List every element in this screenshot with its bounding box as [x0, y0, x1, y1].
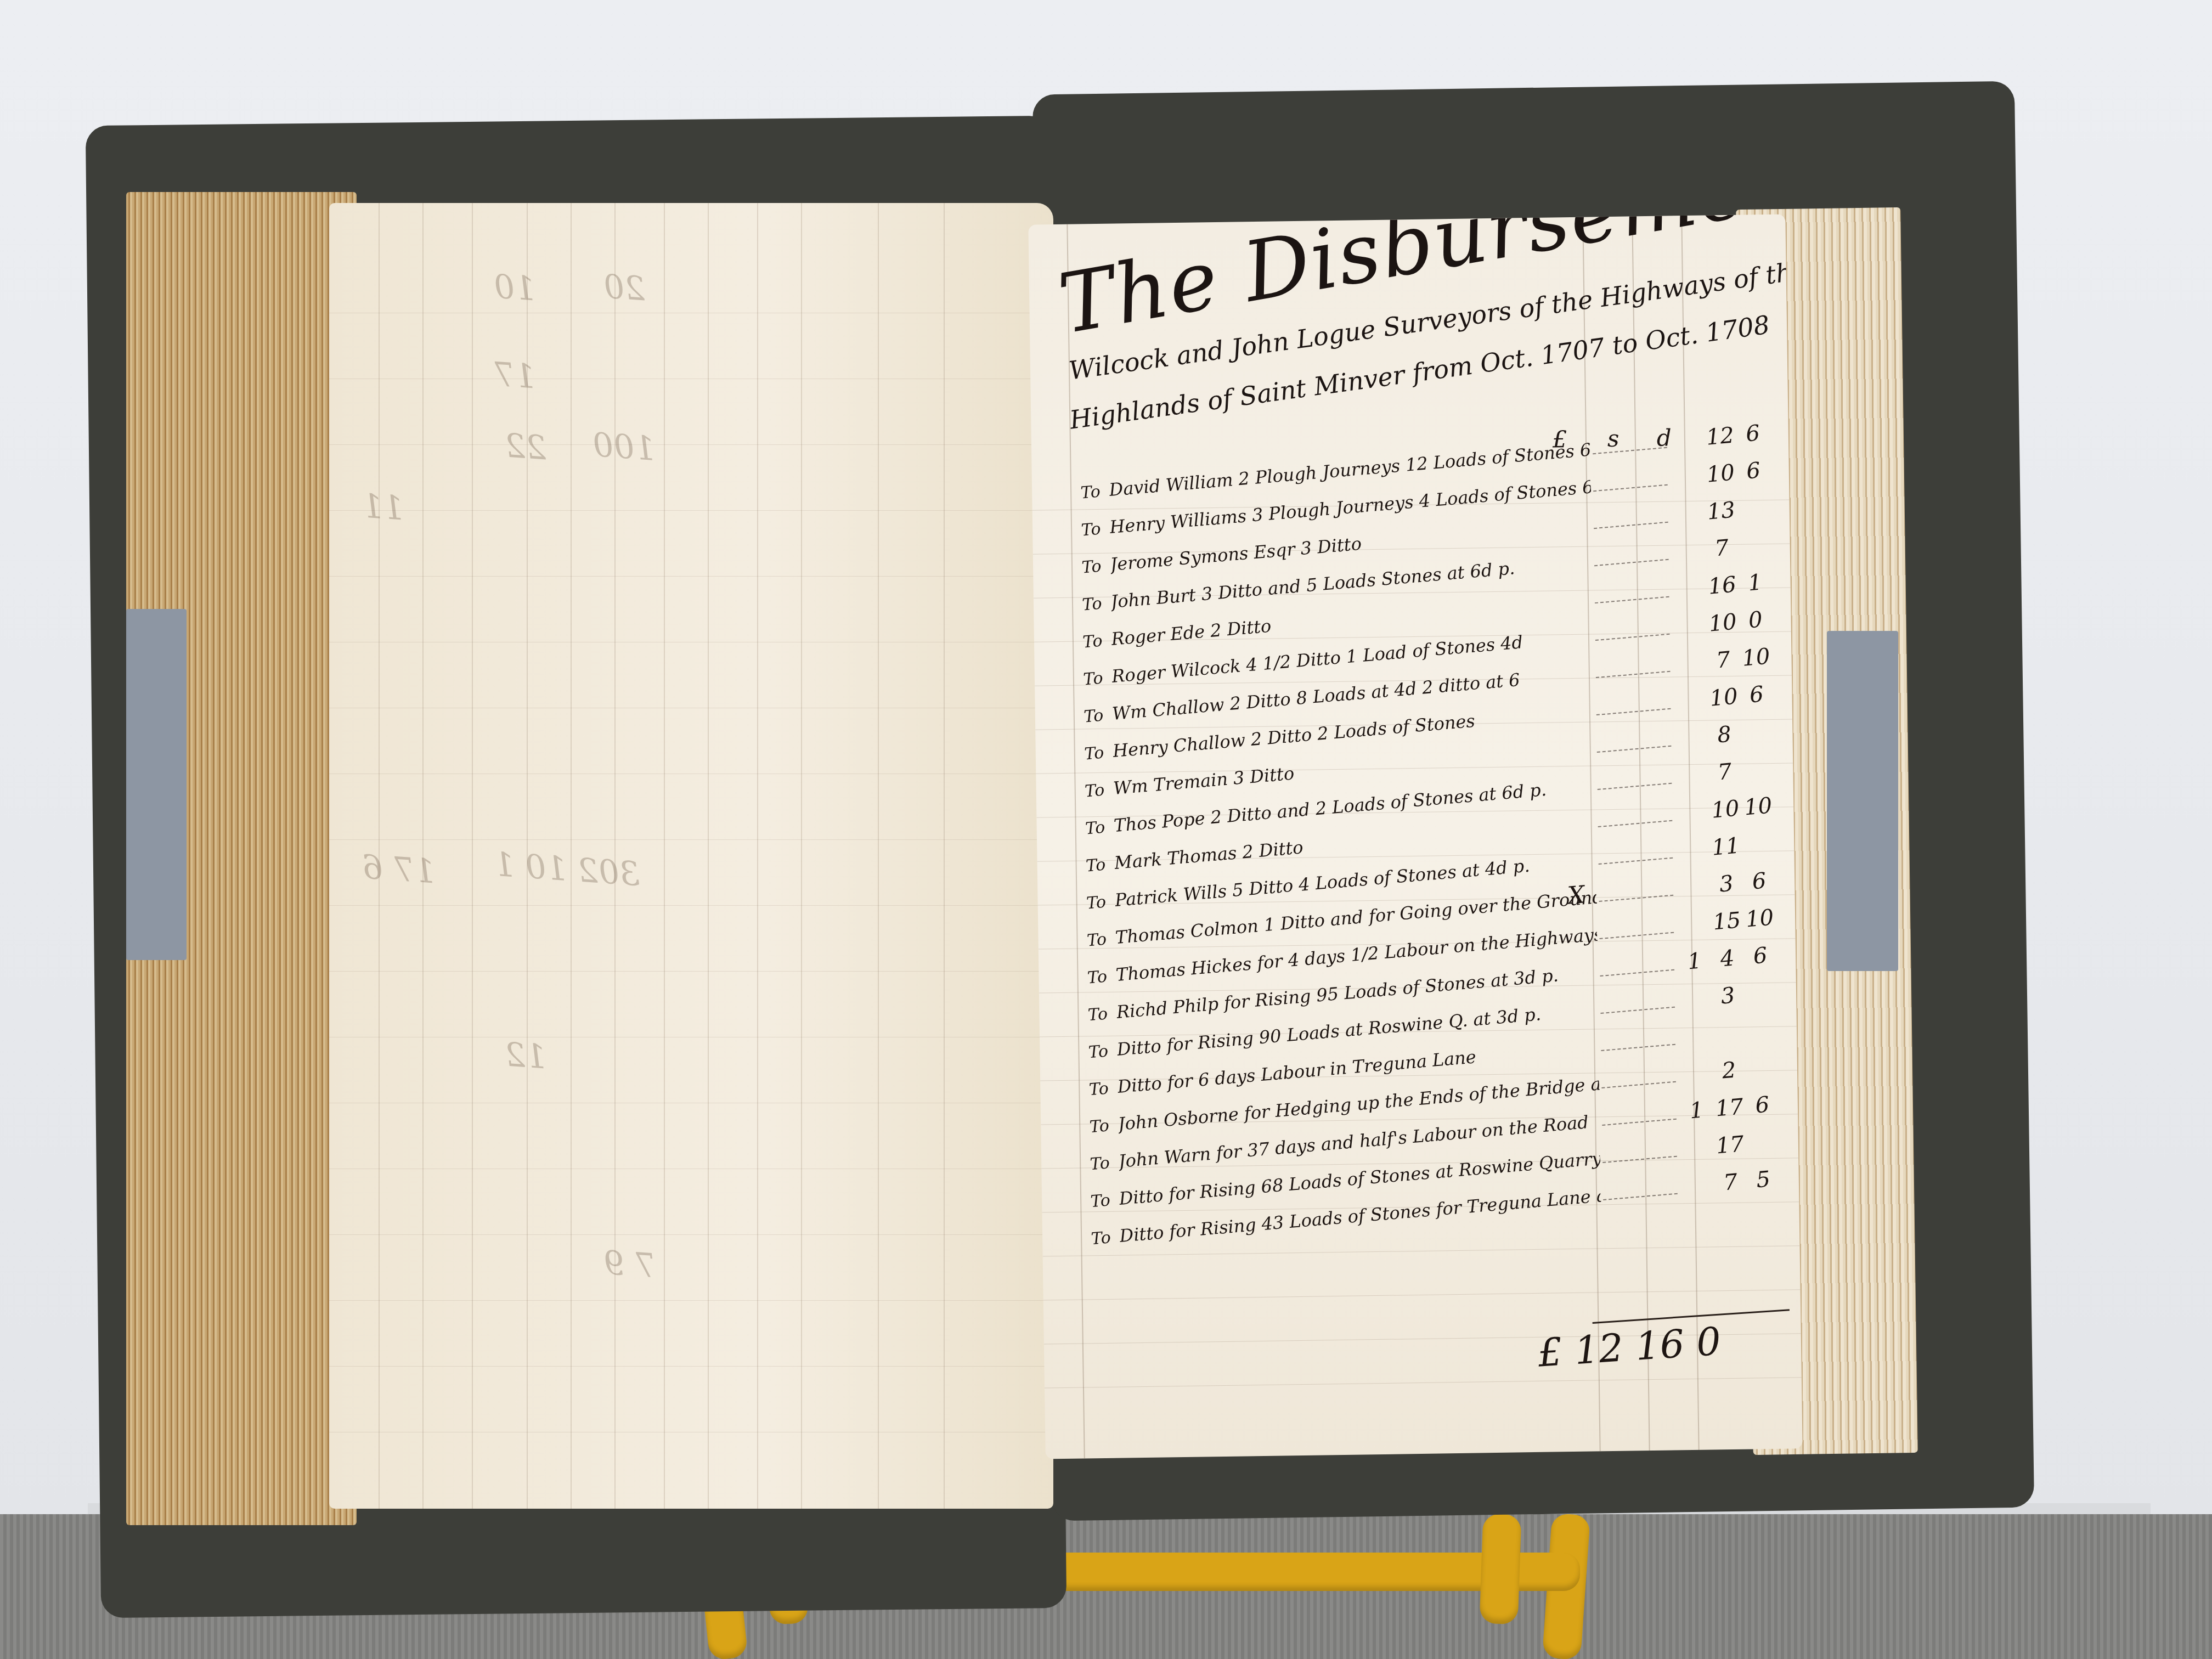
page-weight-strap-right [1827, 631, 1898, 971]
amount-pence: 6 [1735, 420, 1770, 448]
amount-pounds: 1 [1677, 947, 1712, 975]
amount-shillings: 10 [1708, 795, 1743, 823]
amount-pence: 1 [1737, 569, 1773, 597]
amount-pence: 6 [1743, 942, 1778, 970]
amount-shillings: 15 [1709, 907, 1745, 935]
amount-pence: 5 [1746, 1166, 1781, 1194]
amount-pence: 0 [1738, 606, 1773, 634]
amount-shillings: 12 [1703, 422, 1738, 450]
amount-pence: 10 [1741, 793, 1776, 821]
ghost-number: 7 9 [602, 1244, 657, 1285]
amount-shillings: 7 [1706, 646, 1741, 674]
ghost-number: 12 [504, 1035, 548, 1076]
amount-pounds [1683, 1197, 1716, 1199]
amount-pence: 6 [1736, 457, 1771, 485]
ghost-number: 20 [602, 267, 647, 308]
ledger-entries: ToDavid William 2 Plough Journeys 12 Loa… [1081, 456, 1783, 1249]
amount-shillings: 2 [1712, 1057, 1747, 1085]
left-page: 20 10 17 100 22 11 17 6 12 302 10 1 7 9 [329, 203, 1053, 1509]
amount-shillings: 16 [1705, 572, 1740, 600]
amount-shillings: 17 [1712, 1094, 1747, 1122]
total-pounds: 12 [1573, 1325, 1624, 1373]
total-shillings: 16 [1634, 1321, 1685, 1369]
amount-shillings: 10 [1706, 684, 1741, 712]
amount-shillings: 17 [1713, 1131, 1748, 1159]
ghost-number: 22 [504, 426, 548, 467]
amount-shillings: 7 [1704, 534, 1739, 562]
amount-shillings: 3 [1709, 870, 1744, 898]
amount-shillings: 10 [1705, 609, 1740, 637]
amount-pence: 6 [1739, 681, 1774, 709]
total-pence: 0 [1695, 1319, 1723, 1365]
amount-shillings: 4 [1710, 945, 1745, 973]
ghost-number: 11 [361, 487, 405, 528]
currency-symbol: £ [1537, 1329, 1564, 1376]
amount-pence: 6 [1745, 1091, 1780, 1119]
ghost-number: 10 [493, 267, 537, 308]
amount-shillings: 7 [1713, 1169, 1748, 1197]
page-weight-strap-left [126, 609, 187, 960]
ghost-number: 17 [493, 355, 537, 396]
amount-pounds: 1 [1679, 1097, 1714, 1125]
ghost-number: 100 [591, 426, 657, 469]
amount-shillings: 3 [1711, 982, 1746, 1010]
amount-pence: 6 [1742, 867, 1777, 895]
amount-shillings: 10 [1703, 460, 1739, 488]
amount-pence: 10 [1742, 905, 1778, 933]
ghost-number: 302 10 1 [493, 845, 641, 894]
amount-shillings: 13 [1703, 497, 1739, 525]
amount-shillings: 11 [1708, 833, 1743, 861]
amount-pence: 10 [1739, 644, 1774, 672]
ghost-number: 17 6 [361, 848, 437, 891]
right-page: The Disbursementsof Roger Wilcock and Jo… [1028, 214, 1802, 1459]
cross-mark: X [1566, 881, 1585, 910]
amount-shillings: 7 [1707, 758, 1742, 786]
amount-shillings: 8 [1707, 721, 1742, 749]
ledger-total: £ 12 16 0 [1537, 1319, 1723, 1376]
